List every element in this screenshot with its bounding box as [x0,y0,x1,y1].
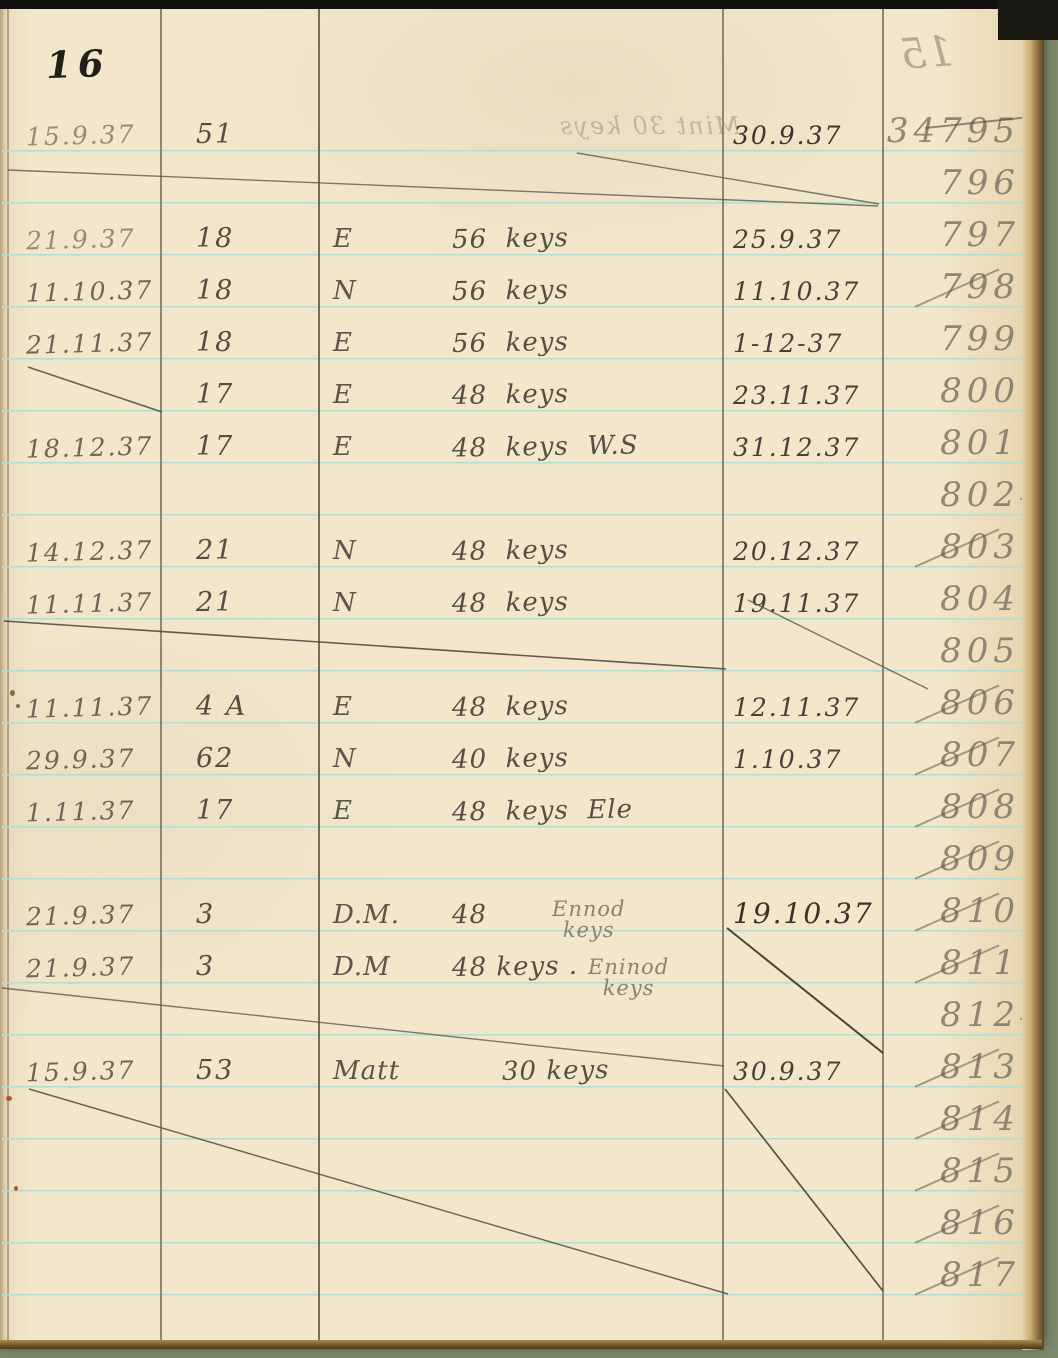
paper-speck [10,690,15,696]
paper-speck [6,1096,12,1101]
page-stack-edge [1022,14,1044,1350]
page-bottom-edge [0,1340,1042,1349]
photo-background-top [0,0,1058,9]
pencil-cancellation-lines [0,0,1058,1358]
paper-speck [16,704,20,708]
photo-background-corner [998,0,1058,40]
paper-speck [14,1186,18,1191]
scanned-ledger-photo: 16 Mint 30 keys 15 15.9.375130.9.3734795… [0,0,1058,1358]
